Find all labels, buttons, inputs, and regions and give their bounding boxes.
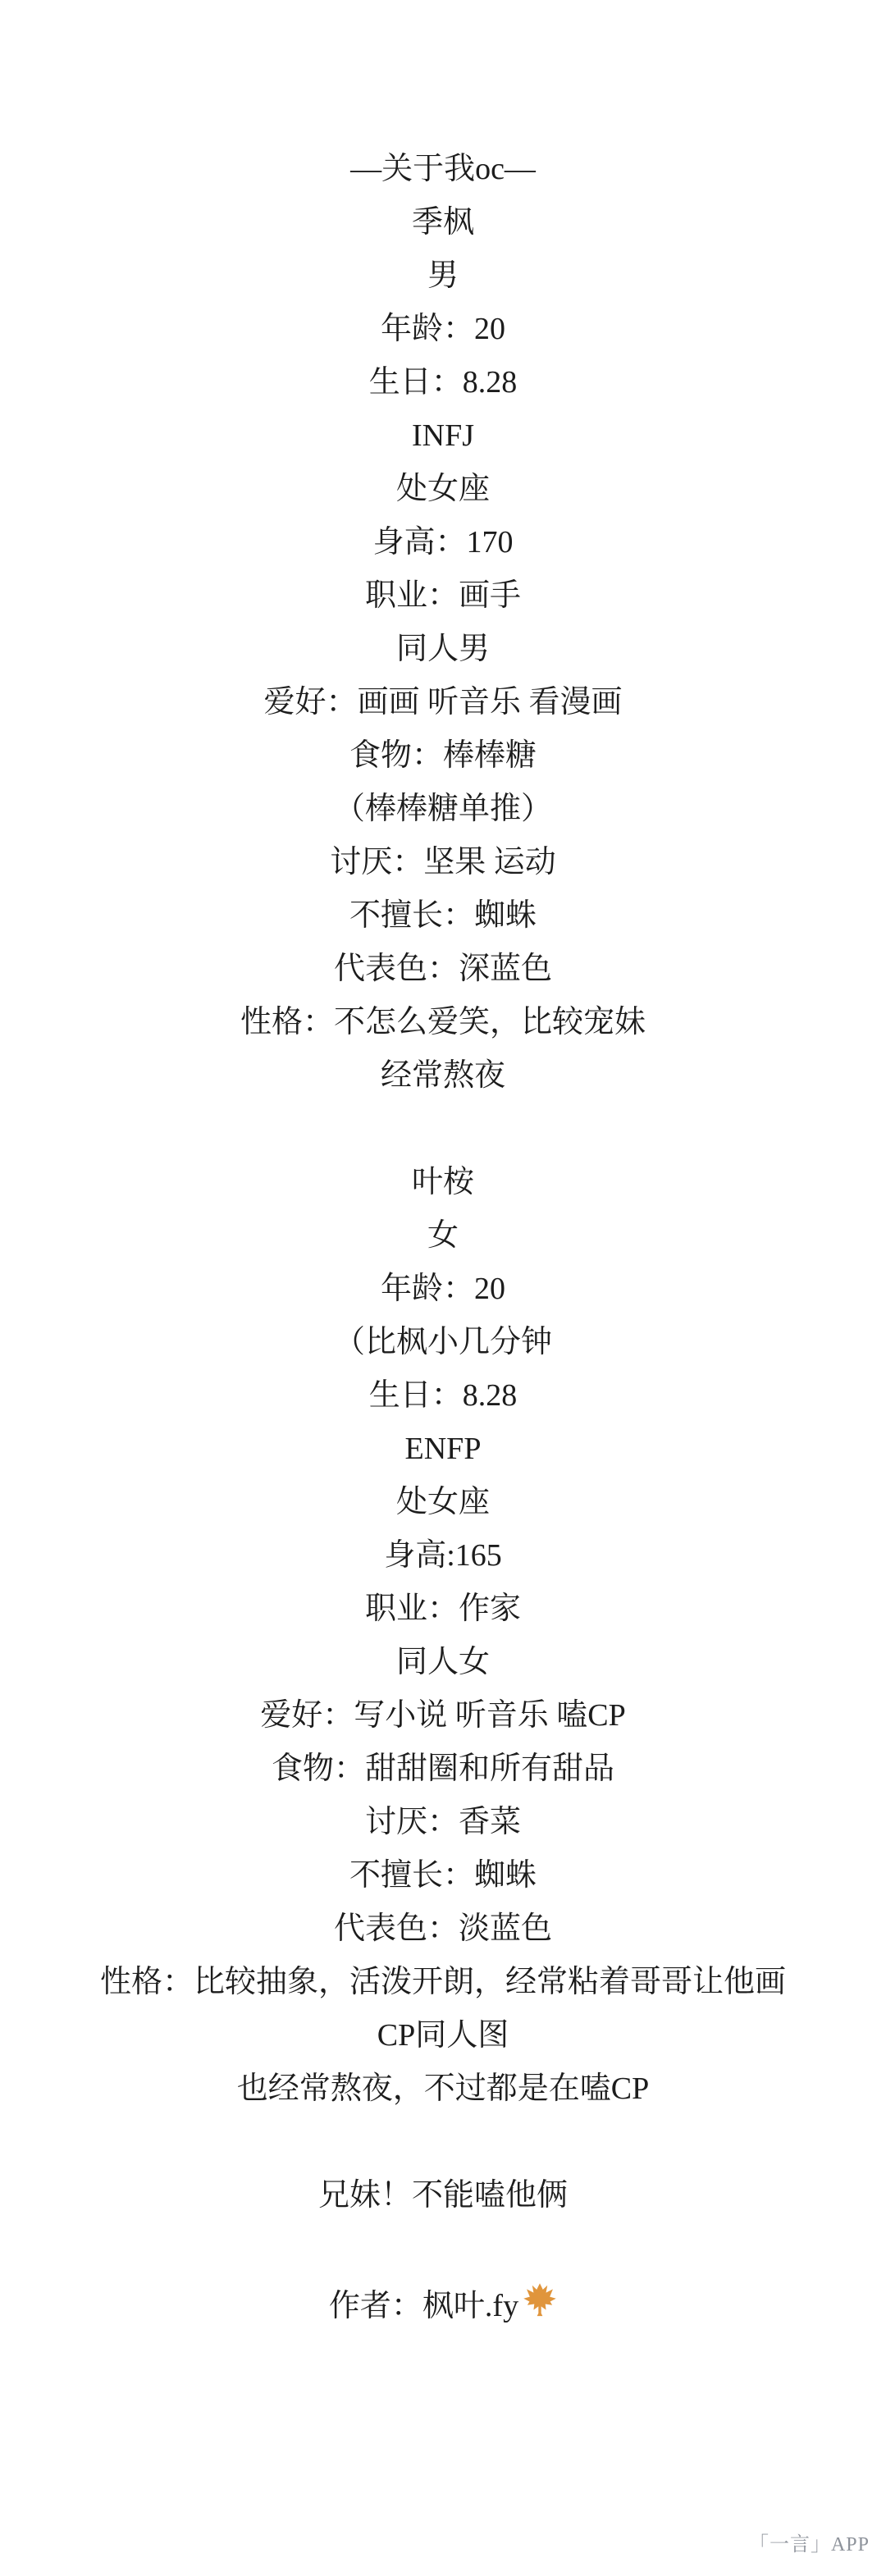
character2-gender: 女 bbox=[0, 1209, 886, 1263]
character2-height: 身高:165 bbox=[0, 1529, 886, 1583]
character2-dislikes: 讨厌：香菜 bbox=[0, 1796, 886, 1849]
character1-fandom-type: 同人男 bbox=[0, 623, 886, 676]
character2-age: 年龄：20 bbox=[0, 1263, 886, 1316]
character1-zodiac: 处女座 bbox=[0, 463, 886, 516]
character2-fandom-type: 同人女 bbox=[0, 1636, 886, 1689]
character1-food: 食物：棒棒糖 bbox=[0, 729, 886, 783]
blank-line bbox=[0, 2116, 886, 2169]
blank-line bbox=[0, 1103, 886, 1156]
character1-age: 年龄：20 bbox=[0, 303, 886, 356]
character2-personality-cont2: 也经常熬夜，不过都是在嗑CP bbox=[0, 2062, 886, 2116]
character1-occupation: 职业：画手 bbox=[0, 569, 886, 623]
siblings-note: 兄妹！不能嗑他俩 bbox=[0, 2169, 886, 2222]
character2-weakness: 不擅长：蜘蛛 bbox=[0, 1849, 886, 1902]
character1-height: 身高：170 bbox=[0, 516, 886, 569]
character2-section: 叶桉 女 年龄：20 （比枫小几分钟 生日：8.28 ENFP 处女座 身高:1… bbox=[0, 1156, 886, 2116]
author-label: 作者：枫叶.fy bbox=[329, 2280, 518, 2325]
author-line: 作者：枫叶.fy bbox=[0, 2276, 886, 2329]
character1-section: 季枫 男 年龄：20 生日：8.28 INFJ 处女座 身高：170 职业：画手… bbox=[0, 196, 886, 1103]
character2-zodiac: 处女座 bbox=[0, 1476, 886, 1529]
character1-personality-cont: 经常熬夜 bbox=[0, 1049, 886, 1103]
doc-title: —关于我oc— bbox=[0, 143, 886, 196]
character2-age-note: （比枫小几分钟 bbox=[0, 1316, 886, 1369]
character1-birthday: 生日：8.28 bbox=[0, 356, 886, 409]
character2-hobbies: 爱好：写小说 听音乐 嗑CP bbox=[0, 1689, 886, 1742]
character1-personality: 性格：不怎么爱笑，比较宠妹 bbox=[0, 996, 886, 1049]
character2-personality: 性格：比较抽象，活泼开朗，经常粘着哥哥让他画 bbox=[0, 1956, 886, 2009]
character1-theme-color: 代表色：深蓝色 bbox=[0, 943, 886, 996]
maple-leaf-icon bbox=[523, 2282, 557, 2317]
character2-personality-cont: CP同人图 bbox=[0, 2009, 886, 2062]
character1-dislikes: 讨厌：坚果 运动 bbox=[0, 836, 886, 889]
character2-occupation: 职业：作家 bbox=[0, 1583, 886, 1636]
character2-name: 叶桉 bbox=[0, 1156, 886, 1209]
character2-food: 食物：甜甜圈和所有甜品 bbox=[0, 1742, 886, 1796]
character1-food-note: （棒棒糖单推） bbox=[0, 783, 886, 836]
character1-mbti: INFJ bbox=[0, 409, 886, 463]
character1-gender: 男 bbox=[0, 249, 886, 303]
character2-mbti: ENFP bbox=[0, 1423, 886, 1476]
watermark-yiyan-app: 「一言」APP bbox=[749, 2528, 870, 2556]
blank-line bbox=[0, 2222, 886, 2276]
profile-document: —关于我oc— 季枫 男 年龄：20 生日：8.28 INFJ 处女座 身高：1… bbox=[0, 0, 886, 2576]
document-body: —关于我oc— 季枫 男 年龄：20 生日：8.28 INFJ 处女座 身高：1… bbox=[0, 0, 886, 2329]
character2-theme-color: 代表色：淡蓝色 bbox=[0, 1902, 886, 1956]
character1-weakness: 不擅长：蜘蛛 bbox=[0, 889, 886, 943]
character1-hobbies: 爱好：画画 听音乐 看漫画 bbox=[0, 676, 886, 729]
character2-birthday: 生日：8.28 bbox=[0, 1369, 886, 1423]
character1-name: 季枫 bbox=[0, 196, 886, 249]
